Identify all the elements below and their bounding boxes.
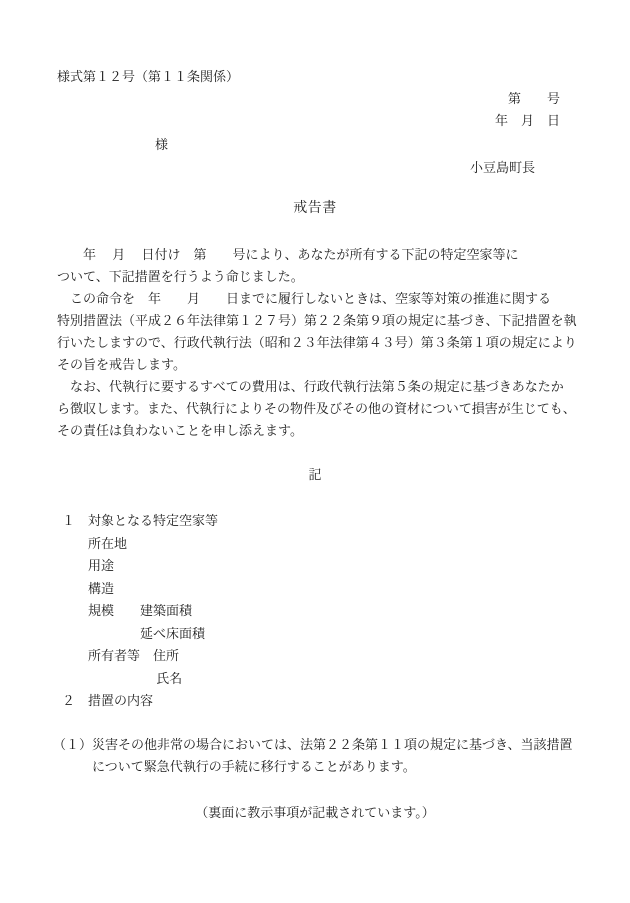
subject-property-list: １ 対象となる特定空家等 所在地 用途 構造 規模 建築面積 延べ床面積 所有者… [62,510,218,713]
issuer-mayor: 小豆島町長 [470,157,535,176]
body-line: 年 月 日付け 第 号により、あなたが所有する下記の特定空家等に [57,244,577,266]
body-line: 特別措置法（平成２６年法律第１２７号）第２２条第９項の規定に基づき、下記措置を執 [57,310,577,332]
list-item-location: 所在地 [62,533,218,556]
body-paragraphs: 年 月 日付け 第 号により、あなたが所有する下記の特定空家等に ついて、下記措… [57,244,577,442]
list-item-target-house: １ 対象となる特定空家等 [62,510,218,533]
body-line: 行いたしますので、行政代執行法（昭和２３年法律第４３号）第３条第１項の規定により [57,332,577,354]
list-item-use: 用途 [62,555,218,578]
list-item-building-area: 規模 建築面積 [62,600,218,623]
date-line: 年 月 日 [495,110,560,132]
body-line: その旨を戒告します。 [57,354,577,376]
list-item-owner-address: 所有者等 住所 [62,645,218,668]
body-line: ら徴収します。また、代執行によりその物件及びその他の資材について損害が生じても、 [57,398,577,420]
body-line: ついて、下記措置を行うよう命じました。 [57,266,577,288]
note-line: について緊急代執行の手続に移行することがあります。 [53,756,572,778]
addressee-suffix: 様 [155,134,168,153]
body-line: なお、代執行に要するすべての費用は、行政代執行法第５条の規定に基づきあなたか [57,376,577,398]
list-item-structure: 構造 [62,578,218,601]
list-item-owner-name: 氏名 [62,668,218,691]
list-item-floor-area: 延べ床面積 [62,623,218,646]
document-title: 戒告書 [0,197,630,217]
form-number: 様式第１２号（第１１条関係） [57,66,239,85]
body-line: その責任は負わないことを申し添えます。 [57,420,577,442]
ki-section-marker: 記 [0,464,630,483]
list-item-measures: ２ 措置の内容 [62,690,218,713]
emergency-execution-note: （１）災害その他非常の場合においては、法第２２条第１１項の規定に基づき、当該措置… [53,734,572,778]
body-line: この命令を 年 月 日までに履行しないときは、空家等対策の推進に関する [57,288,577,310]
document-number-and-date: 第 号 年 月 日 [495,88,560,132]
warning-document-page: 様式第１２号（第１１条関係） 第 号 年 月 日 様 小豆島町長 戒告書 年 月… [0,0,630,903]
reverse-side-notice: （裏面に教示事項が記載されています。） [0,802,630,821]
note-line: （１）災害その他非常の場合においては、法第２２条第１１項の規定に基づき、当該措置 [53,734,572,756]
document-number: 第 号 [495,88,560,110]
